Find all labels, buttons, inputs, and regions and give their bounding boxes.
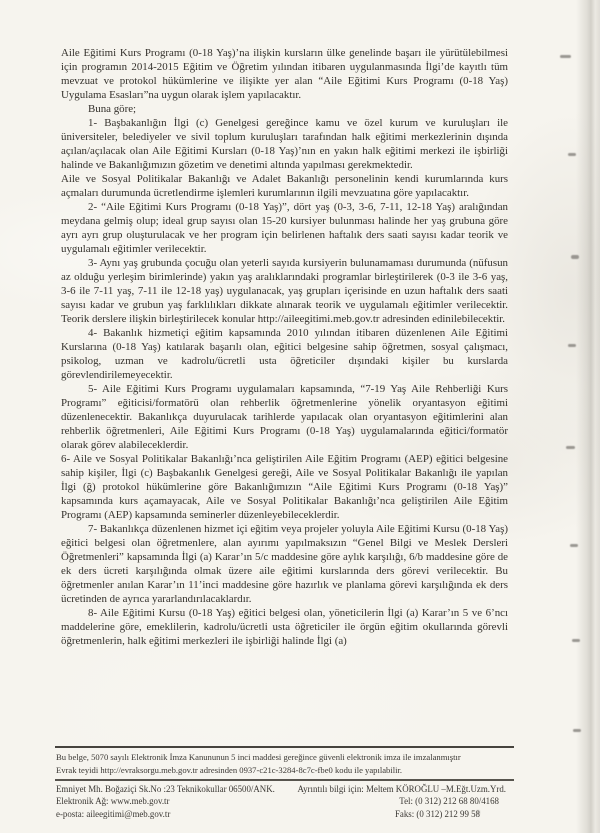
scan-smudge [571, 255, 579, 259]
address-email: e-posta: aileegitimi@meb.gov.tr [56, 808, 301, 820]
scan-smudge [568, 153, 576, 156]
paragraph-item-8: 8- Aile Eğitimi Kursu (0-18 Yaş) eğitici… [61, 606, 508, 648]
paragraph-item-7: 7- Bakanlıkça düzenlenen hizmet içi eğit… [61, 522, 508, 606]
scan-smudge [568, 344, 576, 347]
verification-line-2: Evrak teyidi http://evraksorgu.meb.gov.t… [56, 764, 511, 777]
paragraph-item-1: 1- Başbakanlığın İlgi (c) Genelgesi gere… [61, 116, 508, 172]
paragraph-item-6: 6- Aile ve Sosyal Politikalar Bakanlığı’… [61, 452, 508, 522]
footer-address-block: Emniyet Mh. Boğaziçi Sk.No :23 Teknikoku… [56, 783, 301, 820]
paragraph-ministries: Aile ve Sosyal Politikalar Bakanlığı ve … [61, 172, 508, 200]
scan-smudge [560, 55, 571, 58]
scan-smudge [573, 729, 581, 732]
paragraph-item-5: 5- Aile Eğitimi Kurs Programı uygulamala… [61, 382, 508, 452]
footer-divider-bottom [55, 779, 514, 781]
contact-phone: Tel: (0 312) 212 68 80/4168 [266, 795, 506, 807]
document-body: Aile Eğitimi Kurs Programı (0-18 Yaş)’na… [61, 46, 508, 746]
footer-contact-block: Ayrıntılı bilgi için: Meltem KÖROĞLU –M.… [266, 783, 506, 820]
scan-smudge [476, 810, 480, 815]
contact-person: Ayrıntılı bilgi için: Meltem KÖROĞLU –M.… [266, 783, 506, 795]
verification-line-1: Bu belge, 5070 sayılı Elektronik İmza Ka… [56, 751, 511, 764]
scan-smudge [572, 639, 580, 642]
e-signature-verification-block: Bu belge, 5070 sayılı Elektronik İmza Ka… [56, 751, 511, 777]
scan-smudge [566, 446, 575, 449]
paragraph-intro: Aile Eğitimi Kurs Programı (0-18 Yaş)’na… [61, 46, 508, 102]
address-street: Emniyet Mh. Boğaziçi Sk.No :23 Teknikoku… [56, 783, 301, 795]
scan-smudge [570, 544, 578, 547]
scan-edge-shadow [576, 0, 600, 833]
footer-divider-top [55, 746, 514, 748]
scanned-document-page: Aile Eğitimi Kurs Programı (0-18 Yaş)’na… [0, 0, 600, 833]
paragraph-item-4: 4- Bakanlık hizmetiçi eğitim kapsamında … [61, 326, 508, 382]
address-website: Elektronik Ağ: www.meb.gov.tr [56, 795, 301, 807]
paragraph-item-2: 2- “Aile Eğitimi Kurs Programı (0-18 Yaş… [61, 200, 508, 256]
paragraph-buna-gore: Buna göre; [61, 102, 508, 116]
contact-fax: Faks: (0 312) 212 99 58 [266, 808, 506, 820]
paragraph-item-3: 3- Aynı yaş grubunda çocuğu olan yeterli… [61, 256, 508, 326]
